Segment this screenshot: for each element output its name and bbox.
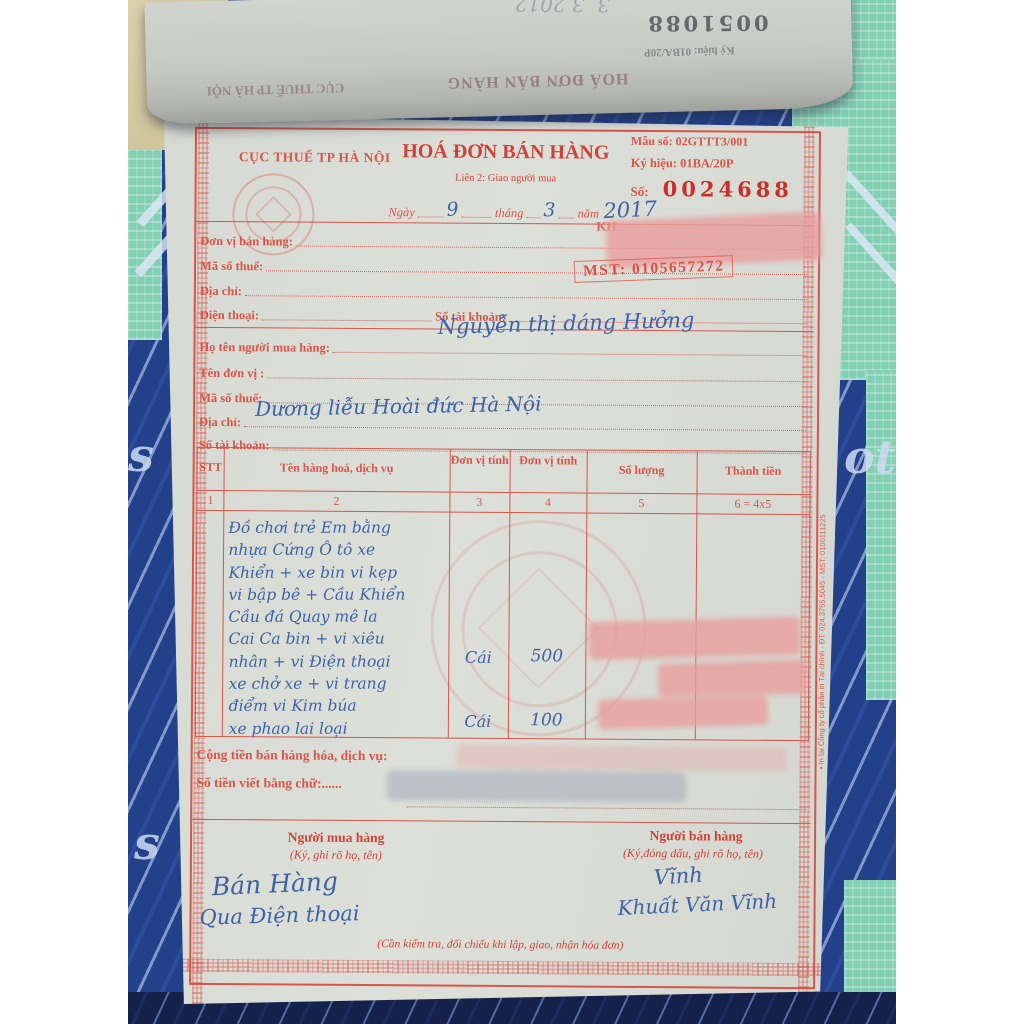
unit-handwritten-1: Cái — [448, 648, 508, 667]
item-line: xe chở xe + vi trang — [229, 673, 406, 696]
seller-signature-subtitle: (Ký,đóng dấu, ghi rõ họ, tên) — [568, 845, 818, 862]
item-line: nhựa Cứng Ô tô xe — [228, 539, 405, 562]
privacy-blur-total — [457, 745, 787, 771]
flipped-previous-page: 3. 3 2012 0051088 Ký hiệu: 01BA/20P HOÁ … — [145, 0, 854, 125]
col-number: 6 = 4x5 — [696, 496, 809, 512]
item-line: Đồ chơi trẻ Em bằng — [228, 517, 405, 540]
serial-sign: Ký hiệu: 01BA/20P — [631, 156, 734, 172]
seller-signature-title: Người bán hàng — [586, 828, 806, 846]
privacy-blur-price-1 — [588, 616, 801, 660]
buyer-tax-label: Mã số thuế: — [199, 391, 262, 406]
privacy-blur-price-3 — [598, 695, 769, 730]
privacy-blur-price-2 — [658, 660, 807, 698]
buyer-org-label: Tên đơn vị : — [199, 366, 264, 381]
unit-handwritten-2: Cái — [448, 712, 508, 731]
buyer-org-row: Tên đơn vị : — [199, 361, 809, 385]
form-number: Mẫu số: 02GTTT3/001 — [631, 134, 748, 150]
item-line: nhân + vi Điện thoại — [229, 650, 406, 673]
item-line: Cai Ca bin + vi xiêu — [229, 628, 406, 651]
dotted-leader — [526, 203, 540, 218]
invoice-number-line: Số: 0024688 — [631, 176, 794, 202]
col-number: 4 — [509, 495, 586, 511]
col-number: 1 — [197, 493, 223, 508]
buyer-address-label: Địa chỉ: — [199, 415, 241, 430]
fabric-letter-s: s — [134, 816, 160, 870]
invoice-page: CỤC THUẾ TP HÀ NỘI HOÁ ĐƠN BÁN HÀNG Liên… — [155, 113, 851, 1011]
buyer-signature-handwritten-1: Bán Hàng — [211, 867, 338, 902]
invoice-number-label: Số: — [631, 184, 649, 200]
invoice-number: 0024688 — [663, 176, 793, 202]
dotted-leader — [333, 338, 807, 356]
flipped-title: HOÁ ĐƠN BÁN HÀNG — [446, 69, 628, 91]
item-line: Cầu đá Quay mê la — [228, 606, 405, 629]
dotted-leader — [418, 202, 444, 217]
col-number: 3 — [449, 495, 509, 510]
fabric-letters-ot: ot — [844, 430, 896, 484]
col-number: 2 — [223, 493, 449, 510]
items-table: STT Tên hàng hoá, dịch vụ Đơn vị tính Số… — [195, 447, 811, 741]
flipped-agency: CỤC THUẾ TP HÀ NỘI — [207, 80, 345, 99]
buyer-signature-subtitle: (Ký, ghi rõ họ, tên) — [226, 847, 446, 864]
col-header-stt: STT — [198, 460, 224, 475]
date-imprint-handwritten: 3. 3 2012 — [515, 0, 611, 17]
copy-note: Liên 2: Giao người mua — [389, 172, 623, 185]
item-line: xe phao lai loại — [229, 717, 406, 740]
dotted-leader — [267, 363, 806, 382]
col-header-unit2: Đơn vị tính — [450, 453, 510, 469]
date-month-label: tháng — [495, 206, 524, 221]
dotted-leader — [558, 203, 574, 218]
total-label: Cộng tiền bán hàng hóa, dịch vụ: — [197, 747, 388, 764]
flipped-serial-number: 0051088 — [645, 10, 768, 36]
buyer-name-label: Họ tên người mua hàng: — [199, 340, 330, 356]
date-month-handwritten: 3 — [543, 199, 555, 221]
amount-in-words-label: Số tiền viết bằng chữ:...... — [196, 775, 341, 792]
photo-background: s s ot CỤC THUẾ TP HÀ NỘI HOÁ ĐƠN BÁN HÀ… — [128, 0, 896, 1024]
table-column-line — [222, 448, 225, 736]
item-line: Khiển + xe bin vi kẹp — [228, 561, 405, 584]
seller-address-label: Địa chỉ: — [200, 284, 242, 299]
seller-unit-label: Đơn vị bán hàng: — [200, 234, 293, 250]
item-line: vi bập bê + Cầu Khiển — [228, 583, 405, 606]
item-line: điểm vi Kim búa — [229, 695, 406, 718]
item-description-handwritten: Đồ chơi trẻ Em bằng nhựa Cứng Ô tô xe Kh… — [228, 517, 405, 740]
seller-address-row: Địa chỉ: — [200, 279, 810, 303]
flipped-serial-sign: Ký hiệu: 01BA/20P — [644, 44, 735, 58]
seller-signature-handwritten-1: Vĩnh — [653, 863, 703, 890]
col-header-qty: Số lượng — [587, 463, 697, 479]
printer-note-vertical: ▪ In tại Công ty cổ phần in Tài chính - … — [817, 424, 828, 769]
dotted-leader — [462, 203, 492, 218]
seller-phone-label: Điện thoại: — [200, 308, 259, 323]
col-header-unit: Đơn vị tính — [510, 453, 587, 469]
col-number: 5 — [586, 496, 696, 512]
green-quilt-sliver — [866, 370, 896, 700]
buyer-name-row: Họ tên người mua hàng: — [199, 335, 809, 359]
invoice-title: HOÁ ĐƠN BÁN HÀNG — [389, 140, 623, 165]
fabric-letter-s: s — [128, 428, 154, 482]
seller-tax-label: Mã số thuế: — [200, 259, 263, 274]
buyer-signature-handwritten-2: Qua Điện thoại — [199, 901, 360, 929]
qty-handwritten-1: 500 — [508, 646, 585, 667]
date-day-handwritten: 9 — [446, 198, 459, 221]
dotted-leader — [262, 305, 432, 321]
col-header-name: Tên hàng hoá, dịch vụ — [224, 460, 450, 477]
dotted-leader — [245, 281, 807, 300]
privacy-blur-amount-words — [386, 770, 686, 802]
date-prefix: Ngày — [388, 205, 414, 220]
buyer-signature-title: Người mua hàng — [236, 829, 436, 846]
qty-handwritten-2: 100 — [508, 710, 585, 731]
col-header-amount: Thành tiền — [697, 463, 810, 479]
